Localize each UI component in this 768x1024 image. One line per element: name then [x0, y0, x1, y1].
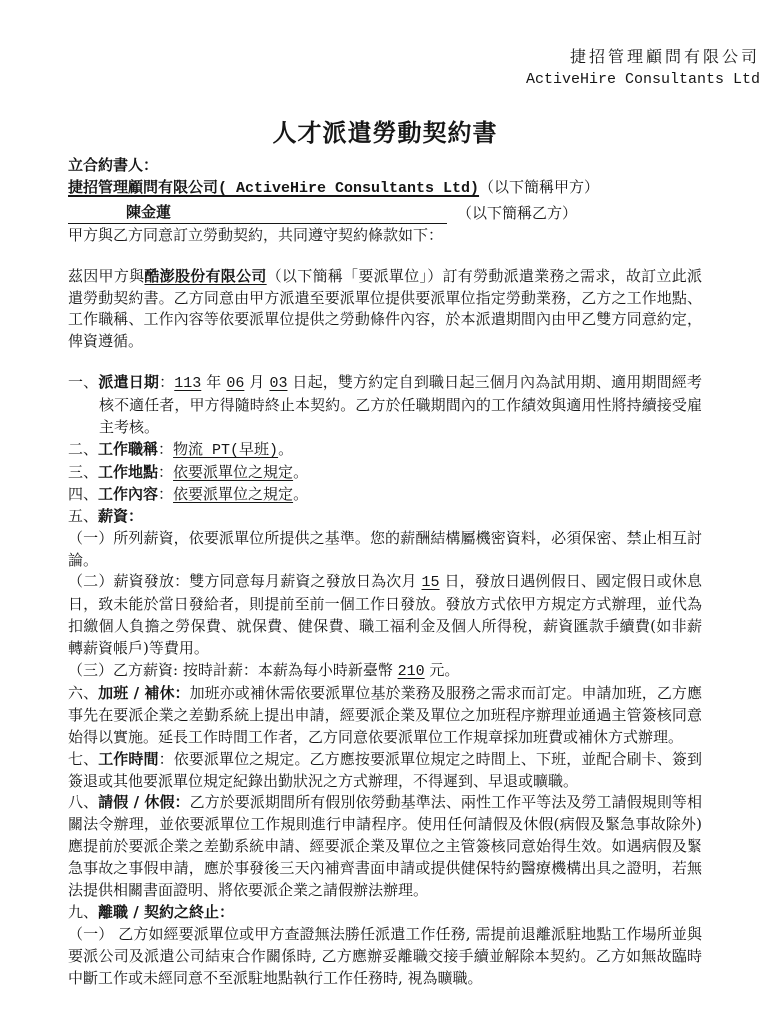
letterhead-company-en: ActiveHire Consultants Ltd	[526, 68, 760, 92]
clause-6-overtime: 六、加班 / 補休：加班亦或補休需依要派單位基於業務及服務之需求而訂定。申請加班…	[68, 683, 702, 749]
parties-label: 立合約書人：	[68, 154, 702, 176]
clause-2-job-title: 二、工作職稱：物流 PT(早班)。	[68, 439, 702, 462]
text-segment: 工作內容	[98, 485, 158, 503]
party-a-alias: （以下簡稱甲方）	[479, 178, 599, 196]
letterhead: 捷招管理顧問有限公司 ActiveHire Consultants Ltd	[526, 46, 760, 92]
text-segment: 酷澎股份有限公司	[144, 267, 266, 285]
text-segment: 六、	[68, 684, 98, 702]
text-segment: 茲因甲方與	[68, 267, 144, 285]
clause-9-termination: 九、離職 / 契約之終止：	[68, 902, 702, 924]
text-segment: 年	[201, 373, 226, 391]
text-segment: 七、	[68, 750, 98, 768]
text-segment: 一、	[68, 373, 98, 391]
salary-item-1: （一）所列薪資，依要派單位所提供之基準。您的薪酬結構屬機密資料，必須保密、禁止相…	[68, 528, 702, 572]
text-segment: 八、	[68, 793, 98, 811]
document-page: 捷招管理顧問有限公司 ActiveHire Consultants Ltd 人才…	[0, 0, 768, 1024]
text-segment: 月	[244, 373, 269, 391]
text-segment: 元。	[425, 661, 460, 679]
text-segment: 三、	[68, 463, 98, 481]
text-segment: 。	[293, 485, 308, 503]
document-title: 人才派遣勞動契約書	[68, 116, 702, 150]
text-segment: 03	[269, 375, 287, 392]
text-segment: （一）所列薪資，依要派單位所提供之基準。您的薪酬結構屬機密資料，必須保密、禁止相…	[68, 529, 702, 569]
text-segment: 加班 / 補休：	[98, 684, 189, 702]
text-segment: ：	[158, 485, 173, 503]
text-segment: 。	[293, 463, 308, 481]
clause-5-salary: 五、薪資：	[68, 506, 702, 528]
text-segment: 九、	[68, 903, 98, 921]
clause-8-leave: 八、請假 / 休假：乙方於要派期間所有假別依勞動基準法、兩性工作平等法及勞工請假…	[68, 792, 702, 902]
party-a-line: 捷招管理顧問有限公司( ActiveHire Consultants Ltd)（…	[68, 176, 702, 200]
text-segment: ：依要派單位之規定。乙方應按要派單位規定之時間上、下班，並配合刷卡、簽到簽退或其…	[68, 750, 702, 790]
text-segment: （二）薪資發放：雙方同意每月薪資之發放日為次月	[68, 572, 422, 590]
text-segment: 二、	[68, 440, 98, 458]
clause-3-work-location: 三、工作地點：依要派單位之規定。	[68, 462, 702, 484]
salary-item-2: （二）薪資發放：雙方同意每月薪資之發放日為次月 15 日，發放日遇例假日、國定假…	[68, 571, 702, 660]
agreement-line: 甲方與乙方同意訂立勞動契約，共同遵守契約條款如下：	[68, 224, 702, 246]
parties-section: 立合約書人： 捷招管理顧問有限公司( ActiveHire Consultant…	[68, 154, 702, 247]
text-segment: 06	[226, 375, 244, 392]
text-segment: 離職 / 契約之終止：	[98, 903, 234, 921]
text-segment: 五、	[68, 507, 98, 525]
text-segment: （三）乙方薪資: 按時計薪：本薪為每小時新臺幣	[68, 661, 398, 679]
party-b-name: 陳金蓮	[126, 203, 171, 221]
text-segment: 工作時間	[98, 750, 158, 768]
party-b-alias: （以下簡稱乙方）	[457, 204, 577, 222]
text-segment: ：	[158, 440, 173, 458]
text-segment: ：	[158, 463, 173, 481]
text-segment: （一） 乙方如經要派單位或甲方查證無法勝任派遣工作任務, 需提前退離派駐地點工作…	[68, 925, 702, 987]
text-segment: 工作職稱	[98, 440, 158, 458]
letterhead-company-zh: 捷招管理顧問有限公司	[526, 46, 760, 68]
party-b-line: 陳金蓮（以下簡稱乙方）	[68, 201, 702, 224]
termination-item-1: （一） 乙方如經要派單位或甲方查證無法勝任派遣工作任務, 需提前退離派駐地點工作…	[68, 924, 702, 990]
text-segment: 113	[174, 375, 201, 392]
text-segment: 210	[398, 663, 425, 680]
party-a-name: 捷招管理顧問有限公司( ActiveHire Consultants Ltd)	[68, 180, 479, 197]
clause-1-dispatch-date: 一、派遣日期：113 年 06 月 03 日起，雙方約定自到職日起三個月內為試用…	[68, 372, 702, 439]
text-segment: 15	[422, 574, 440, 591]
text-segment: 物流 PT(早班)	[173, 442, 278, 459]
text-segment: 四、	[68, 485, 98, 503]
text-segment: 薪資：	[98, 507, 143, 525]
salary-item-3: （三）乙方薪資: 按時計薪：本薪為每小時新臺幣 210 元。	[68, 660, 702, 683]
party-b-signature-line: 陳金蓮	[68, 201, 447, 224]
clause-4-work-content: 四、工作內容：依要派單位之規定。	[68, 484, 702, 506]
text-segment: 派遣日期	[98, 373, 159, 391]
text-segment: ：	[159, 373, 174, 391]
text-segment: 請假 / 休假：	[98, 793, 189, 811]
text-segment: 工作地點	[98, 463, 158, 481]
text-segment: 依要派單位之規定	[173, 463, 293, 481]
clause-7-work-hours: 七、工作時間：依要派單位之規定。乙方應按要派單位規定之時間上、下班，並配合刷卡、…	[68, 749, 702, 793]
text-segment: 依要派單位之規定	[173, 485, 293, 503]
preamble-paragraph: 茲因甲方與酷澎股份有限公司（以下簡稱「要派單位」）訂有勞動派遣業務之需求，故訂立…	[68, 266, 702, 354]
text-segment: 。	[278, 440, 293, 458]
